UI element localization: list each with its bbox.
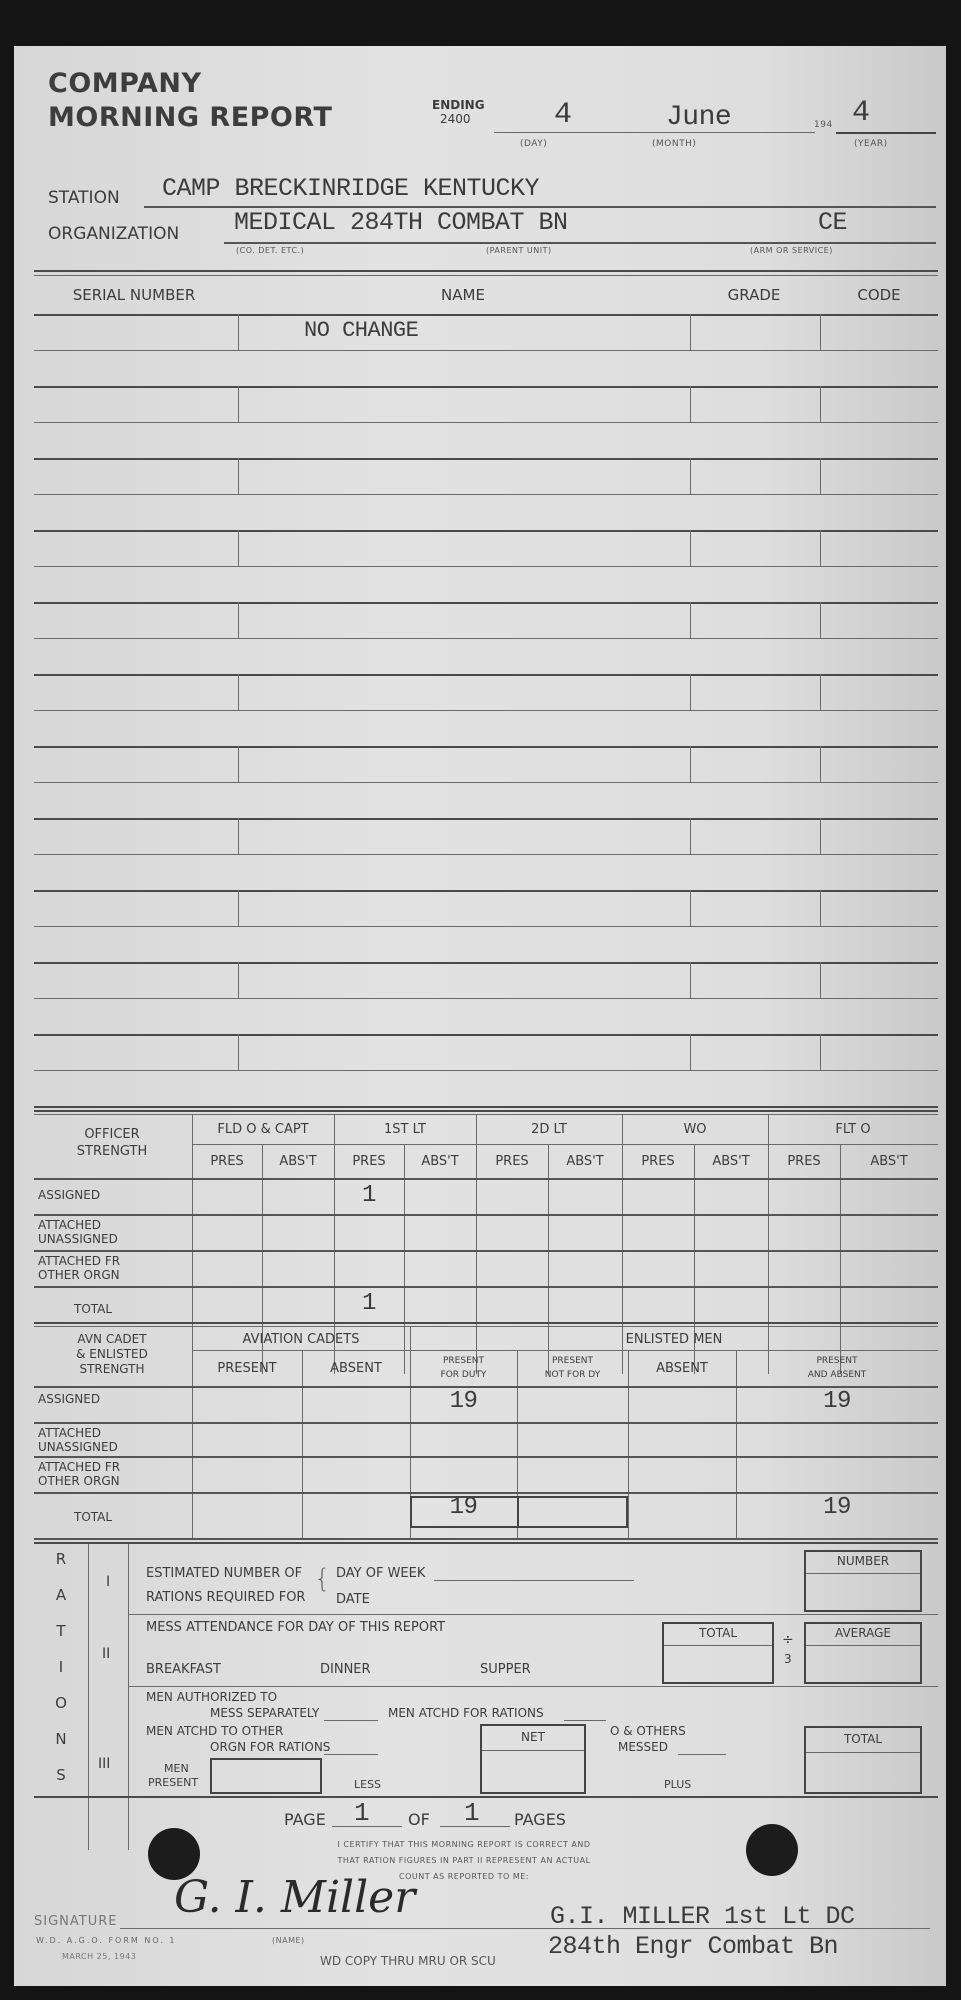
entry-column-divider: [820, 818, 821, 854]
organization-value: MEDICAL 284TH COMBAT BN: [234, 208, 568, 237]
year-value: 4: [852, 96, 870, 130]
signature-script: G. I. Miller: [174, 1872, 415, 1923]
entry-column-divider: [238, 746, 239, 782]
enlisted-row-label: ATTACHEDUNASSIGNED: [38, 1426, 118, 1454]
entry-row-line: [34, 602, 938, 604]
form-number: W.D. A.G.O. FORM NO. 1: [36, 1936, 177, 1945]
rations-total-box[interactable]: TOTAL: [804, 1726, 922, 1794]
entry-column-divider: [238, 314, 239, 350]
ration-part-1-line2: RATIONS REQUIRED FOR: [146, 1590, 305, 1605]
officer-strength-title: OFFICERSTRENGTH: [34, 1126, 190, 1160]
o-others-line1: O & OTHERS: [610, 1724, 686, 1738]
signature-label: SIGNATURE: [34, 1914, 117, 1929]
total-attendance-label: TOTAL: [664, 1624, 772, 1646]
o-others-line2: MESSED: [618, 1740, 668, 1754]
entry-column-divider: [690, 1034, 691, 1070]
header-code: CODE: [820, 286, 938, 304]
entry-column-divider: [238, 818, 239, 854]
officer-group-header: 2D LT: [476, 1122, 622, 1137]
mess-attendance-title: MESS ATTENDANCE FOR DAY OF THIS REPORT: [146, 1620, 445, 1635]
day-value: 4: [554, 98, 572, 132]
enlisted-col-header: PRESENTAND ABSENT: [736, 1354, 938, 1382]
entry-column-divider: [690, 746, 691, 782]
entry-column-divider: [690, 818, 691, 854]
men-atchd-for-rations-label: MEN ATCHD FOR RATIONS: [388, 1706, 544, 1720]
enlisted-cell[interactable]: 19: [736, 1388, 938, 1415]
entry-column-divider: [238, 890, 239, 926]
ration-side-letter: T: [34, 1622, 88, 1640]
organization-label: ORGANIZATION: [48, 224, 179, 244]
entry-row-line: [34, 1106, 938, 1108]
entry-column-divider: [238, 1034, 239, 1070]
enlisted-men-header: ENLISTED MEN: [410, 1332, 938, 1347]
ration-part-1-roman: I: [106, 1574, 110, 1590]
certify-line1: I CERTIFY THAT THIS MORNING REPORT IS CO…: [214, 1840, 714, 1849]
rations-total-label: TOTAL: [806, 1728, 920, 1753]
entry-column-divider: [820, 890, 821, 926]
total-pages: 1: [464, 1798, 479, 1828]
page-label: PAGE: [284, 1810, 326, 1829]
entry-column-divider: [690, 386, 691, 422]
officer-row-label: ATTACHEDUNASSIGNED: [38, 1218, 118, 1246]
entry-row-line: [34, 530, 938, 532]
average-box[interactable]: AVERAGE: [804, 1622, 922, 1684]
officer-group-header: FLD O & CAPT: [192, 1122, 334, 1137]
page-number: 1: [354, 1798, 369, 1828]
enlisted-cell[interactable]: 19: [410, 1388, 517, 1415]
name-caption: (NAME): [272, 1936, 305, 1945]
entry-row-line: [34, 1070, 938, 1071]
signer-typed-name: G.I. MILLER 1st Lt DC: [550, 1902, 855, 1931]
entry-row-line: [34, 890, 938, 892]
entry-row-line: [34, 350, 938, 351]
enlisted-col-header: PRESENTFOR DUTY: [410, 1354, 517, 1382]
month-caption: (MONTH): [652, 139, 696, 149]
officer-row-label: ATTACHED FROTHER ORGN: [38, 1254, 120, 1282]
entry-column-divider: [820, 746, 821, 782]
form-date: MARCH 25, 1943: [62, 1952, 136, 1961]
entry-row-line: [34, 638, 938, 639]
pages-label: PAGES: [514, 1810, 566, 1829]
officer-cell[interactable]: 1: [334, 1182, 404, 1209]
entry-name-no-change: NO CHANGE: [304, 318, 418, 343]
year-prefix: 194: [814, 120, 833, 130]
divisor: 3: [784, 1652, 792, 1666]
officer-group-header: WO: [622, 1122, 768, 1137]
number-box[interactable]: NUMBER: [804, 1550, 922, 1612]
entry-column-divider: [820, 1034, 821, 1070]
year-caption: (YEAR): [854, 139, 888, 149]
header-serial-number: SERIAL NUMBER: [34, 286, 234, 304]
officer-sub-header: PRES: [334, 1154, 404, 1169]
ration-part-1-line1: ESTIMATED NUMBER OF: [146, 1566, 302, 1581]
ration-side-letter: O: [34, 1694, 88, 1712]
entry-column-divider: [238, 674, 239, 710]
entry-row-line: [34, 710, 938, 711]
enlisted-row-label: TOTAL: [74, 1510, 112, 1524]
men-authorized-line2: MESS SEPARATELY: [210, 1706, 319, 1720]
entry-column-divider: [238, 386, 239, 422]
entry-column-divider: [690, 602, 691, 638]
day-caption: (DAY): [520, 139, 547, 149]
entry-row-line: [34, 818, 938, 820]
wd-copy-note: WD COPY THRU MRU OR SCU: [320, 1954, 496, 1968]
entry-row-line: [34, 782, 938, 783]
breakfast-label: BREAKFAST: [146, 1662, 221, 1677]
ration-side-letter: R: [34, 1550, 88, 1568]
men-atchd-other-line2: ORGN FOR RATIONS: [210, 1740, 330, 1754]
entry-column-divider: [820, 602, 821, 638]
entry-column-divider: [238, 602, 239, 638]
dinner-label: DINNER: [320, 1662, 371, 1677]
enlisted-col-header: ABSENT: [628, 1362, 736, 1376]
ending-time: 2400: [440, 112, 471, 126]
officer-sub-header: PRES: [476, 1154, 548, 1169]
station-label: STATION: [48, 188, 120, 208]
entry-row-line: [34, 422, 938, 423]
entry-column-divider: [820, 674, 821, 710]
entry-row-line: [34, 746, 938, 748]
form-title-line1: COMPANY: [48, 68, 202, 99]
officer-group-header: FLT O: [768, 1122, 938, 1137]
officer-group-header: 1ST LT: [334, 1122, 476, 1137]
net-box[interactable]: NET: [480, 1724, 586, 1794]
org-caption-co: (CO. DET. ETC.): [236, 246, 304, 255]
officer-sub-header: PRES: [768, 1154, 840, 1169]
entry-column-divider: [238, 962, 239, 998]
enlisted-cell[interactable]: 19: [736, 1494, 938, 1521]
entry-row-line: [34, 674, 938, 676]
men-present-line2: PRESENT: [148, 1776, 198, 1789]
entry-row-line: [34, 386, 938, 388]
org-caption-parent: (PARENT UNIT): [486, 246, 552, 255]
officer-sub-header: ABS'T: [548, 1154, 622, 1169]
ending-label: ENDING: [432, 98, 485, 112]
entry-column-divider: [238, 458, 239, 494]
entry-row-line: [34, 998, 938, 999]
arm-or-service-value: CE: [818, 208, 847, 237]
officer-sub-header: PRES: [622, 1154, 694, 1169]
ration-side-letter: S: [34, 1766, 88, 1784]
total-attendance-box[interactable]: TOTAL: [662, 1622, 774, 1684]
entry-column-divider: [820, 314, 821, 350]
ration-part-2-roman: II: [102, 1646, 110, 1662]
entry-column-divider: [820, 386, 821, 422]
entry-row-line: [34, 458, 938, 460]
enlisted-row-label: ATTACHED FROTHER ORGN: [38, 1460, 120, 1488]
entry-column-divider: [690, 890, 691, 926]
morning-report-form: COMPANY MORNING REPORT ENDING 2400 4 Jun…: [14, 46, 946, 1986]
punch-hole-right: [746, 1824, 798, 1876]
ration-side-letter: N: [34, 1730, 88, 1748]
men-authorized-line1: MEN AUTHORIZED TO: [146, 1690, 277, 1704]
officer-row-label: ASSIGNED: [38, 1188, 100, 1202]
entry-column-divider: [690, 530, 691, 566]
entry-column-divider: [690, 314, 691, 350]
officer-sub-header: ABS'T: [404, 1154, 476, 1169]
entry-row-line: [34, 926, 938, 927]
less-label: LESS: [354, 1778, 381, 1791]
entry-row-line: [34, 1034, 938, 1036]
entry-column-divider: [820, 962, 821, 998]
entry-row-line: [34, 494, 938, 495]
officer-sub-header: ABS'T: [840, 1154, 938, 1169]
number-box-label: NUMBER: [806, 1552, 920, 1574]
entry-column-divider: [690, 458, 691, 494]
header-grade: GRADE: [690, 286, 818, 304]
officer-sub-header: ABS'T: [262, 1154, 334, 1169]
ration-side-letter: I: [34, 1658, 88, 1676]
org-caption-arm: (ARM OR SERVICE): [750, 246, 833, 255]
enlisted-col-header: PRESENTNOT FOR DY: [517, 1354, 628, 1382]
entry-row-line: [34, 854, 938, 855]
month-value: June: [666, 102, 731, 133]
entry-column-divider: [238, 530, 239, 566]
of-label: OF: [408, 1810, 430, 1829]
signer-unit: 284th Engr Combat Bn: [548, 1932, 838, 1961]
officer-sub-header: PRES: [192, 1154, 262, 1169]
men-present-line1: MEN: [164, 1762, 189, 1775]
entry-row-line: [34, 962, 938, 964]
form-title-line2: MORNING REPORT: [48, 102, 332, 133]
entry-column-divider: [690, 674, 691, 710]
total-present-box: [410, 1496, 628, 1528]
supper-label: SUPPER: [480, 1662, 531, 1677]
average-label: AVERAGE: [806, 1624, 920, 1646]
entry-row-line: [34, 566, 938, 567]
entry-column-divider: [690, 962, 691, 998]
enlisted-row-label: ASSIGNED: [38, 1392, 100, 1406]
day-of-week-label: DAY OF WEEK: [336, 1566, 425, 1581]
plus-label: PLUS: [664, 1778, 691, 1791]
header-name: NAME: [238, 286, 688, 304]
enlisted-col-header: PRESENT: [192, 1362, 302, 1376]
enlisted-strength-title: AVN CADET& ENLISTEDSTRENGTH: [34, 1332, 190, 1377]
net-label: NET: [482, 1726, 584, 1751]
certify-line2: THAT RATION FIGURES IN PART II REPRESENT…: [214, 1856, 714, 1865]
ration-side-letter: A: [34, 1586, 88, 1604]
station-value: CAMP BRECKINRIDGE KENTUCKY: [162, 174, 539, 203]
ration-part-3-roman: III: [98, 1756, 110, 1772]
divide-sign: ÷: [782, 1632, 794, 1648]
brace-glyph: {: [314, 1564, 331, 1594]
men-atchd-other-line1: MEN ATCHD TO OTHER: [146, 1724, 283, 1738]
enlisted-col-header: ABSENT: [302, 1362, 410, 1376]
officer-row-label: TOTAL: [74, 1302, 112, 1316]
aviation-cadets-header: AVIATION CADETS: [192, 1332, 410, 1347]
officer-cell[interactable]: 1: [334, 1290, 404, 1317]
entry-column-divider: [820, 458, 821, 494]
officer-sub-header: ABS'T: [694, 1154, 768, 1169]
men-present-box[interactable]: [210, 1758, 322, 1794]
date-label: DATE: [336, 1592, 370, 1607]
entry-column-divider: [820, 530, 821, 566]
